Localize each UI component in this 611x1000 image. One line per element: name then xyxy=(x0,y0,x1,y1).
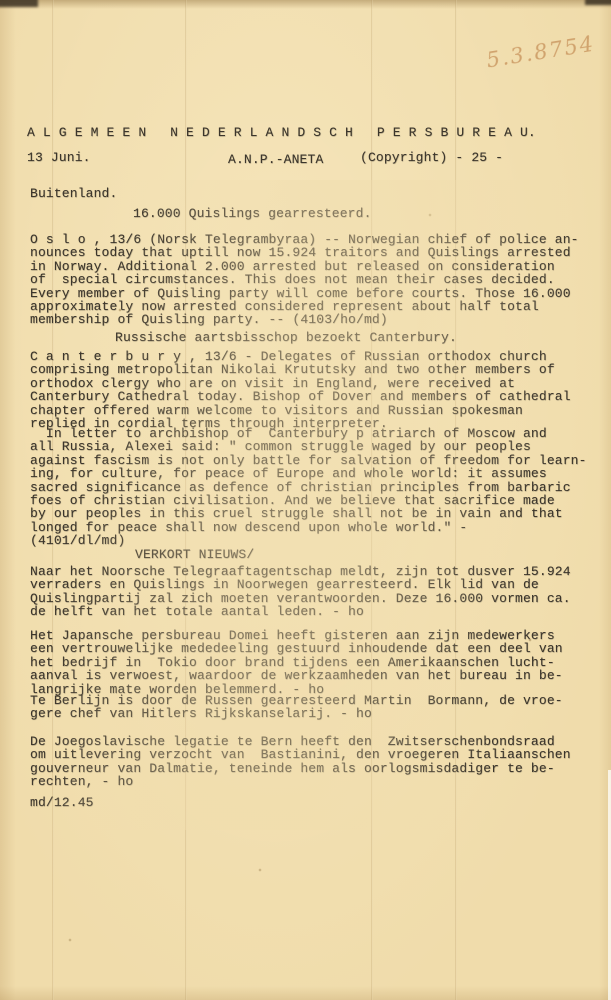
article-1-body: O s l o , 13/6 (Norsk Telegrambyraa) -- … xyxy=(30,233,579,327)
paper-corner-mark-right xyxy=(585,0,611,5)
date-label: 13 Juni. xyxy=(27,151,91,164)
article-2-paragraph-2: In letter to archbishop of Canterbury p … xyxy=(30,427,587,548)
agency-masthead: A L G E M E E N N E D E R L A N D S C H … xyxy=(27,126,536,139)
agency-credit-label: A.N.P.-ANETA xyxy=(228,153,323,166)
scanned-press-bulletin-page: 5.3.8754 A L G E M E E N N E D E R L A N… xyxy=(0,0,611,1000)
article-1-heading: 16.000 Quislings gearresteerd. xyxy=(133,207,372,220)
short-news-item: Naar het Noorsche Telegraaftagentschap m… xyxy=(30,565,571,619)
shorts-section-heading: VERKORT NIEUWS/ xyxy=(135,548,254,561)
article-2-heading: Russische aartsbisschop bezoekt Canterbu… xyxy=(115,331,457,344)
typist-code: md/12.45 xyxy=(30,796,94,809)
archive-number-annotation: 5.3.8754 xyxy=(485,32,597,73)
article-2-paragraph-1: C a n t e r b u r y , 13/6 - Delegates o… xyxy=(30,350,571,430)
short-news-item: Te Berlijn is door de Russen gearresteer… xyxy=(30,694,563,721)
short-news-item: De Joegoslavische legatie te Bern heeft … xyxy=(30,735,571,789)
copyright-label: (Copyright) - 25 - xyxy=(360,151,503,164)
short-news-item: Het Japansche persbureau Domei heeft gis… xyxy=(30,629,563,696)
paper-corner-mark-left xyxy=(0,0,38,7)
section-label: Buitenland. xyxy=(30,187,117,200)
